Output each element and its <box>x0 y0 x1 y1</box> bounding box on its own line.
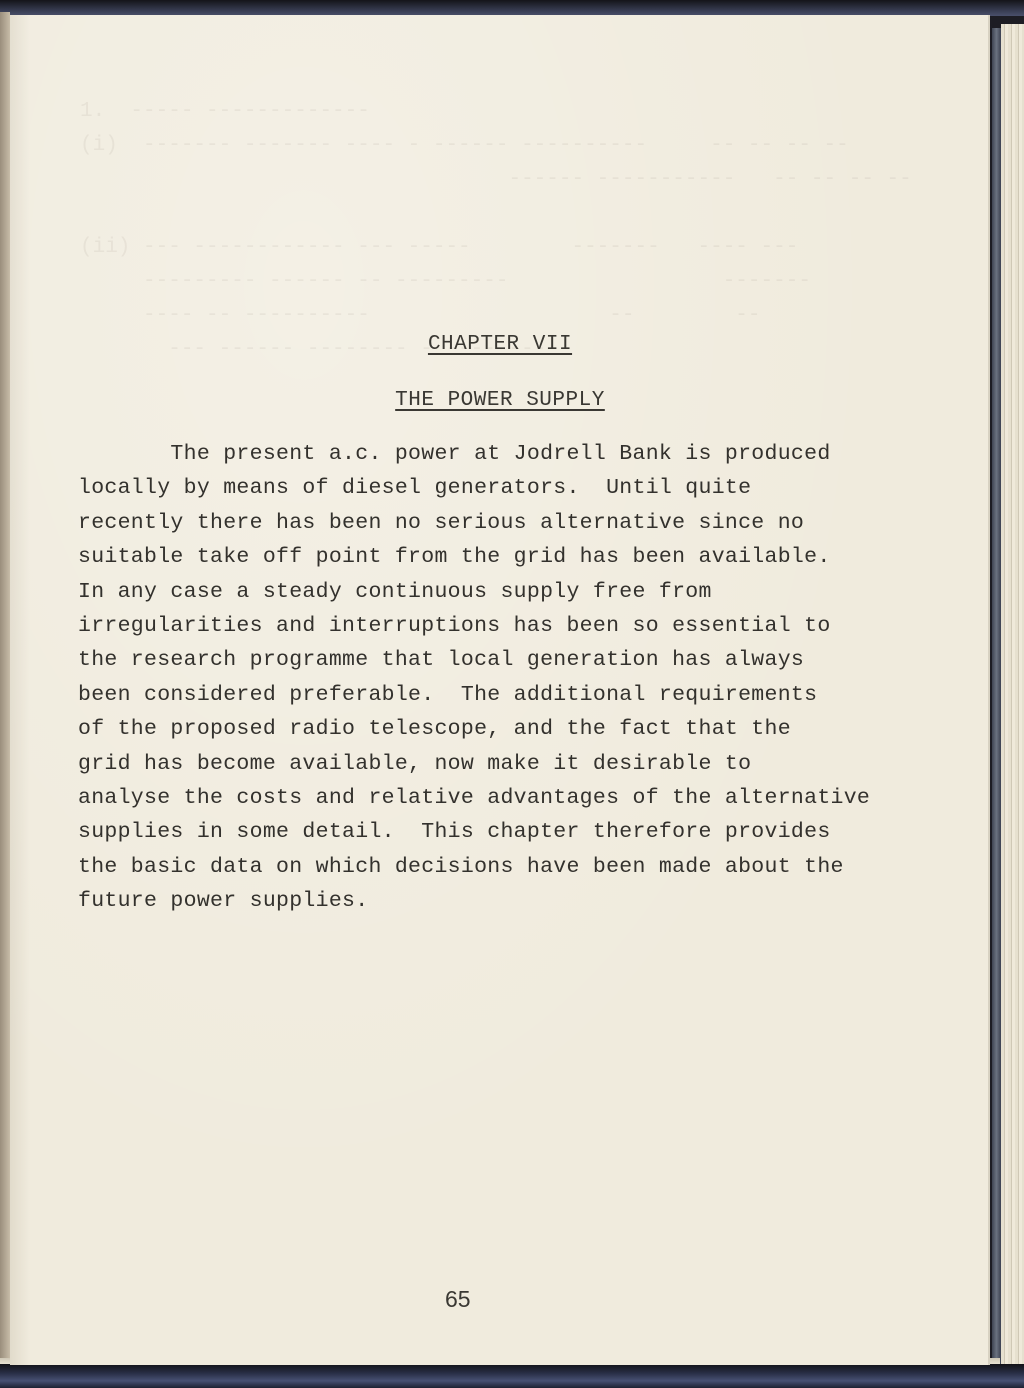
book-binding-strip <box>992 28 1001 1364</box>
text-line: analyse the costs and relative advantage… <box>78 781 978 815</box>
text-line: the basic data on which decisions have b… <box>78 850 978 884</box>
book-left-edge <box>0 12 10 1366</box>
text-line: irregularities and interruptions has bee… <box>78 609 978 643</box>
body-paragraph: The present a.c. power at Jodrell Bank i… <box>78 437 978 918</box>
chapter-number-heading: CHAPTER VII <box>10 333 990 356</box>
page-edges-stack <box>1001 24 1024 1366</box>
text-line: of the proposed radio telescope, and the… <box>78 712 978 746</box>
chapter-title: THE POWER SUPPLY <box>10 389 990 412</box>
text-line: grid has become available, now make it d… <box>78 747 978 781</box>
text-line: future power supplies. <box>78 884 978 918</box>
book-cover-top-edge <box>0 0 1024 16</box>
text-line: The present a.c. power at Jodrell Bank i… <box>78 437 978 471</box>
text-line: suitable take off point from the grid ha… <box>78 540 978 574</box>
text-line: the research programme that local genera… <box>78 643 978 677</box>
text-line: supplies in some detail. This chapter th… <box>78 815 978 849</box>
book-cover-bottom-edge <box>0 1364 1024 1388</box>
page-number: 65 <box>445 1286 471 1313</box>
bleed-through-text: 1. ----- ------------- (i) ------- -----… <box>80 95 912 367</box>
text-line: been considered preferable. The addition… <box>78 678 978 712</box>
text-line: In any case a steady continuous supply f… <box>78 575 978 609</box>
text-line: recently there has been no serious alter… <box>78 506 978 540</box>
text-line: locally by means of diesel generators. U… <box>78 471 978 505</box>
document-page: 1. ----- ------------- (i) ------- -----… <box>10 15 990 1365</box>
